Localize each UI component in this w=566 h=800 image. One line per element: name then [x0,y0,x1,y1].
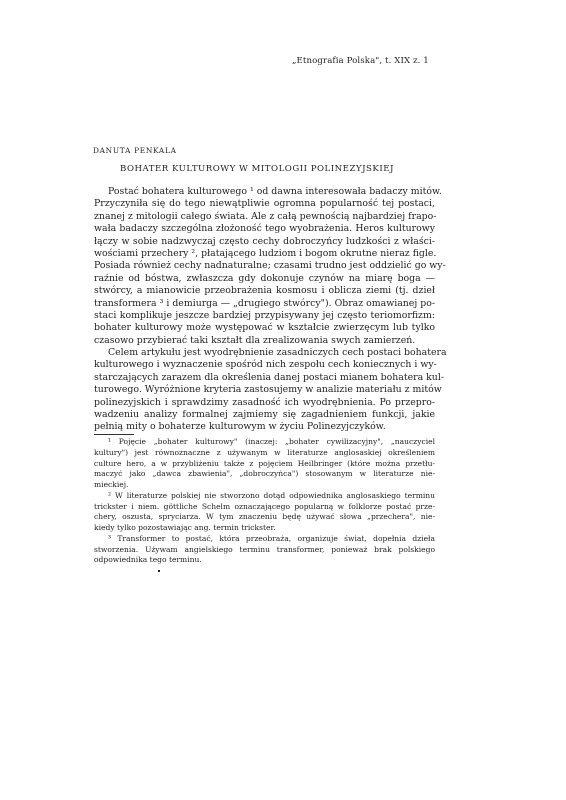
body-line: raźnie od bóstwa, zwłaszcza gdy dokonuje… [94,273,435,285]
document-page: „Etnografia Polska", t. XIX z. 1 DANUTA … [0,0,566,800]
body-line: wościami przechery ², płatającego ludzio… [94,248,435,260]
footnote-line: kultury") jest równoznaczne z używanym w… [94,448,435,459]
body-line: Posiada również cechy nadnaturalne; czas… [94,260,435,272]
stray-dot [158,570,160,572]
footnote-line: kiedy tylko pozostawiając ang. termin tr… [94,523,435,534]
body-line: stwórcy, a mianowicie przeobrażenia kosm… [94,285,435,297]
footnote-line: stworzenia. Używam angielskiego terminu … [94,545,435,556]
footnote-line: culture hero, a w przybliżeniu także z p… [94,459,435,470]
body-line: wadzeniu analizy formalnej zajmiemy się … [94,409,435,421]
body-line: bohater kulturowy może występować w kszt… [94,322,435,334]
body-line: turowego. Wyróżnione kryteria zastosujem… [94,384,435,396]
footnotes: ¹ Pojęcie „bohater kulturowy" (inaczej: … [94,437,435,566]
body-line: Celem artykułu jest wyodrębnienie zasadn… [94,347,435,359]
body-line: Przyczyniła się do tego niewątpliwie ogr… [94,198,435,210]
article-body: Postać bohatera kulturowego ¹ od dawna i… [94,186,435,434]
body-line: pełnią mity o bohaterze kulturowym w życ… [94,421,435,433]
body-line: Postać bohatera kulturowego ¹ od dawna i… [94,186,435,198]
author-name: DANUTA PENKALA [93,146,177,155]
body-line: czasowo przybierać taki kształt dla zrea… [94,335,435,347]
body-line: łączy w sobie nadzwyczaj często cechy do… [94,236,435,248]
body-line: kulturowego i wyznaczenie spośród nich z… [94,359,435,371]
footnote-line: ³ Transformer to postać, która przeobraż… [94,534,435,545]
footnote-line: mieckiej. [94,480,435,491]
journal-header: „Etnografia Polska", t. XIX z. 1 [292,56,429,66]
footnote-line: trickster i niem. göttliche Schelm oznac… [94,502,435,513]
footnote-line: ¹ Pojęcie „bohater kulturowy" (inaczej: … [94,437,435,448]
footnote-line: ² W literaturze polskiej nie stworzono d… [94,491,435,502]
footnote-line: maczyć jako „dawca zbawienia", „dobroczy… [94,469,435,480]
body-line: starczających zarazem dla określenia dan… [94,372,435,384]
body-line: znanej z mitologii całego świata. Ale z … [94,211,435,223]
body-line: staci komplikuje jeszcze bardziej przypi… [94,310,435,322]
article-title: BOHATER KULTUROWY W MITOLOGII POLINEZYJS… [120,164,394,174]
body-line: transformera ³ i demiurga — „drugiego st… [94,298,435,310]
body-line: polinezyjskich i sprawdzimy zasadność ic… [94,397,435,409]
footnote-separator [94,434,134,435]
body-line: wała badaczy szczególna złożoność tego w… [94,223,435,235]
footnote-line: chery, oszusta, spryciarza. W tym znacze… [94,512,435,523]
footnote-line: odpowiednika tego terminu. [94,555,435,566]
